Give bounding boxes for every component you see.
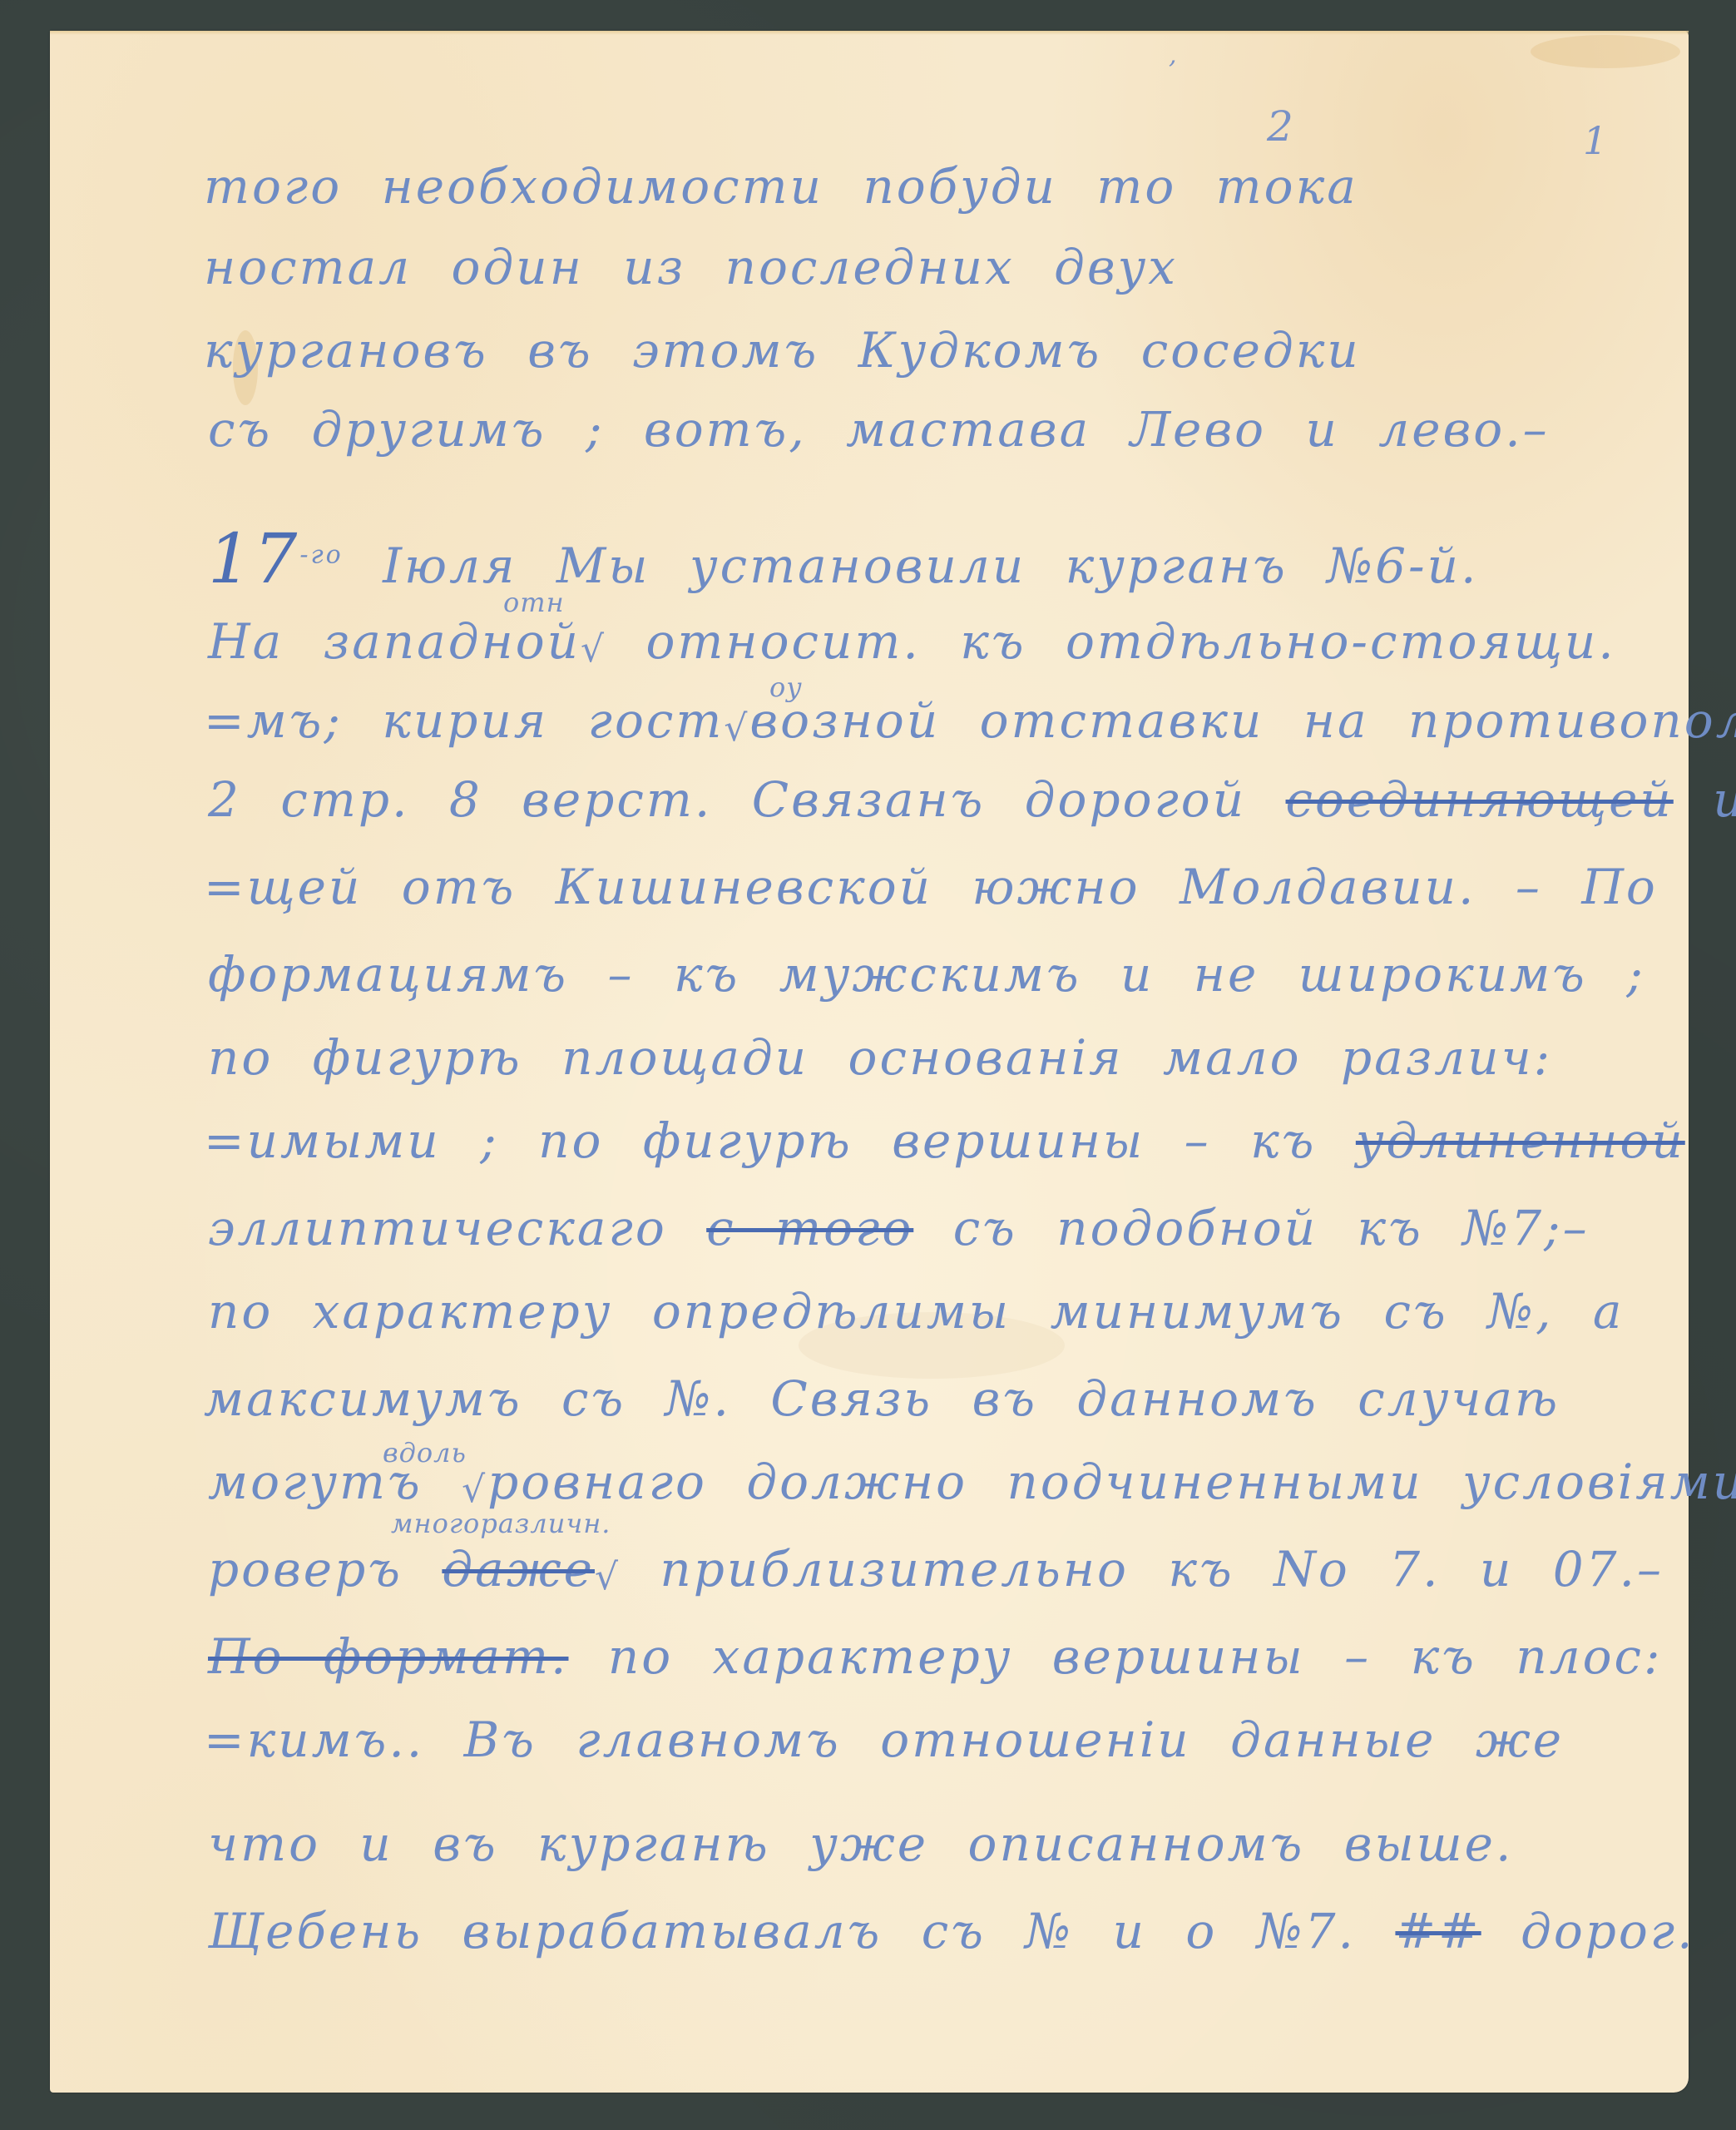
line-text: кургановъ въ этомъ Кудкомъ соседки — [204, 322, 1361, 379]
text-line-10: формациямъ – къ мужскимъ и не широкимъ ; — [208, 950, 1645, 998]
interlinear-insertion: вдоль — [383, 1437, 467, 1469]
line-text: =мъ; кирия гост — [204, 692, 724, 749]
line-text: =щей отъ Кишиневской южно Молдавии. – По — [204, 859, 1658, 915]
manuscript-page: , 2 1 того необходимости побуди то тока … — [50, 31, 1689, 2093]
text-line-15: максимумъ съ №. Связь въ данномъ случаѣ — [204, 1375, 1560, 1423]
struck-word: даже — [442, 1541, 595, 1597]
line-text-rest: ровнаго должно подчиненными условіями, и… — [487, 1454, 1736, 1510]
text-line-14: по характеру опредѣлимы минимумъ съ №, а — [208, 1287, 1624, 1335]
line-text: съ другимъ ; вотъ, мастава Лево и лево.– — [208, 401, 1550, 458]
text-line-3: кургановъ въ этомъ Кудкомъ соседки — [204, 326, 1361, 374]
insertion-caret: √ — [581, 628, 606, 671]
line-text-rest: относит. къ отдѣльно-стоящи. — [606, 613, 1616, 670]
text-line-20: что и въ курганѣ уже описанномъ выше. — [208, 1820, 1513, 1868]
date-day: 17 — [208, 520, 299, 599]
line-text: по характеру вершины – къ плос: — [568, 1628, 1662, 1685]
numeral-2-mark: 2 — [1267, 102, 1293, 151]
text-line-12: =имыми ; по фигурѣ вершины – къ удлиненн… — [204, 1117, 1685, 1165]
line-text: Іюля Мы установили курганъ №6-й. — [344, 537, 1479, 594]
struck-word: соединяющей — [1286, 771, 1674, 828]
insertion-caret: √ — [462, 1469, 487, 1511]
line-text: максимумъ съ №. Связь въ данномъ случаѣ — [204, 1370, 1560, 1427]
text-line-21: Щебень вырабатывалъ съ № и о №7. ## доро… — [208, 1907, 1695, 1955]
line-text: что и въ курганѣ уже описанномъ выше. — [208, 1815, 1513, 1872]
line-text: Щебень вырабатывалъ съ № и о №7. — [208, 1903, 1395, 1959]
line-text: На западной — [208, 613, 581, 670]
line-text: эллиптическаго — [208, 1200, 706, 1256]
text-line-13: эллиптическаго с того съ подобной къ №7;… — [208, 1204, 1590, 1252]
line-text: по характеру опредѣлимы минимумъ съ №, а — [208, 1283, 1624, 1340]
text-line-18: По формат. по характеру вершины – къ пло… — [208, 1632, 1663, 1681]
insertion-caret: √ — [595, 1556, 621, 1598]
line-text: роверъ — [208, 1541, 442, 1597]
struck-phrase: По формат. — [208, 1628, 568, 1685]
line-text: ностал один из последних двух — [204, 239, 1178, 295]
line-text: 2 стр. 8 верст. Связанъ дорогой — [208, 771, 1286, 828]
text-line-9: =щей отъ Кишиневской южно Молдавии. – По — [204, 863, 1658, 911]
text-line-2: ностал один из последних двух — [204, 243, 1178, 291]
line-text-rest: возной отставки на противопол. — [749, 692, 1736, 749]
line-text: =имыми ; по фигурѣ вершины – къ — [204, 1112, 1356, 1169]
interlinear-insertion: отн — [503, 587, 565, 618]
paper-stain — [1531, 35, 1680, 68]
date-suffix: -го — [299, 540, 343, 569]
line-text: того необходимости побуди то тока — [204, 158, 1358, 215]
struck-word: удлиненной — [1356, 1112, 1685, 1169]
line-text-rest: съ подобной къ №7;– — [913, 1200, 1589, 1256]
line-text: по фигурѣ площади основанія мало различ: — [208, 1029, 1552, 1086]
text-line-1: того необходимости побуди то тока — [204, 162, 1358, 211]
struck-word: с того — [706, 1200, 913, 1256]
numeral-1-mark: 1 — [1583, 118, 1607, 163]
insertion-caret: √ — [724, 707, 749, 750]
text-line-5-date: 17-го Іюля Мы установили курганъ №6-й. — [208, 526, 1478, 594]
interlinear-insertion: многоразличн. — [391, 1508, 611, 1539]
text-line-6: На западной√ относит. къ отдѣльно-стоящи… — [208, 617, 1616, 666]
text-line-17: роверъ даже√ приблизительно къ No 7. и 0… — [208, 1545, 1664, 1593]
text-line-11: по фигурѣ площади основанія мало различ: — [208, 1033, 1552, 1082]
line-text: формациямъ – къ мужскимъ и не широкимъ ; — [208, 946, 1645, 1003]
line-text-rest: иду — [1674, 771, 1736, 828]
text-line-7: =мъ; кирия гост√возной отставки на проти… — [204, 696, 1736, 745]
struck-word: ## — [1395, 1903, 1481, 1959]
ink-dot: , — [1169, 41, 1177, 70]
line-text: =кимъ.. Въ главномъ отношеніи данные же — [204, 1711, 1564, 1768]
line-text-rest: дорог. — [1481, 1903, 1695, 1959]
text-line-19: =кимъ.. Въ главномъ отношеніи данные же — [204, 1716, 1564, 1764]
text-line-4: съ другимъ ; вотъ, мастава Лево и лево.– — [208, 405, 1550, 453]
interlinear-insertion: оу — [769, 671, 803, 703]
text-line-8: 2 стр. 8 верст. Связанъ дорогой соединяю… — [208, 775, 1736, 824]
paper-top-edge — [50, 31, 1689, 35]
line-text-rest: приблизительно къ No 7. и 07.– — [621, 1541, 1664, 1597]
